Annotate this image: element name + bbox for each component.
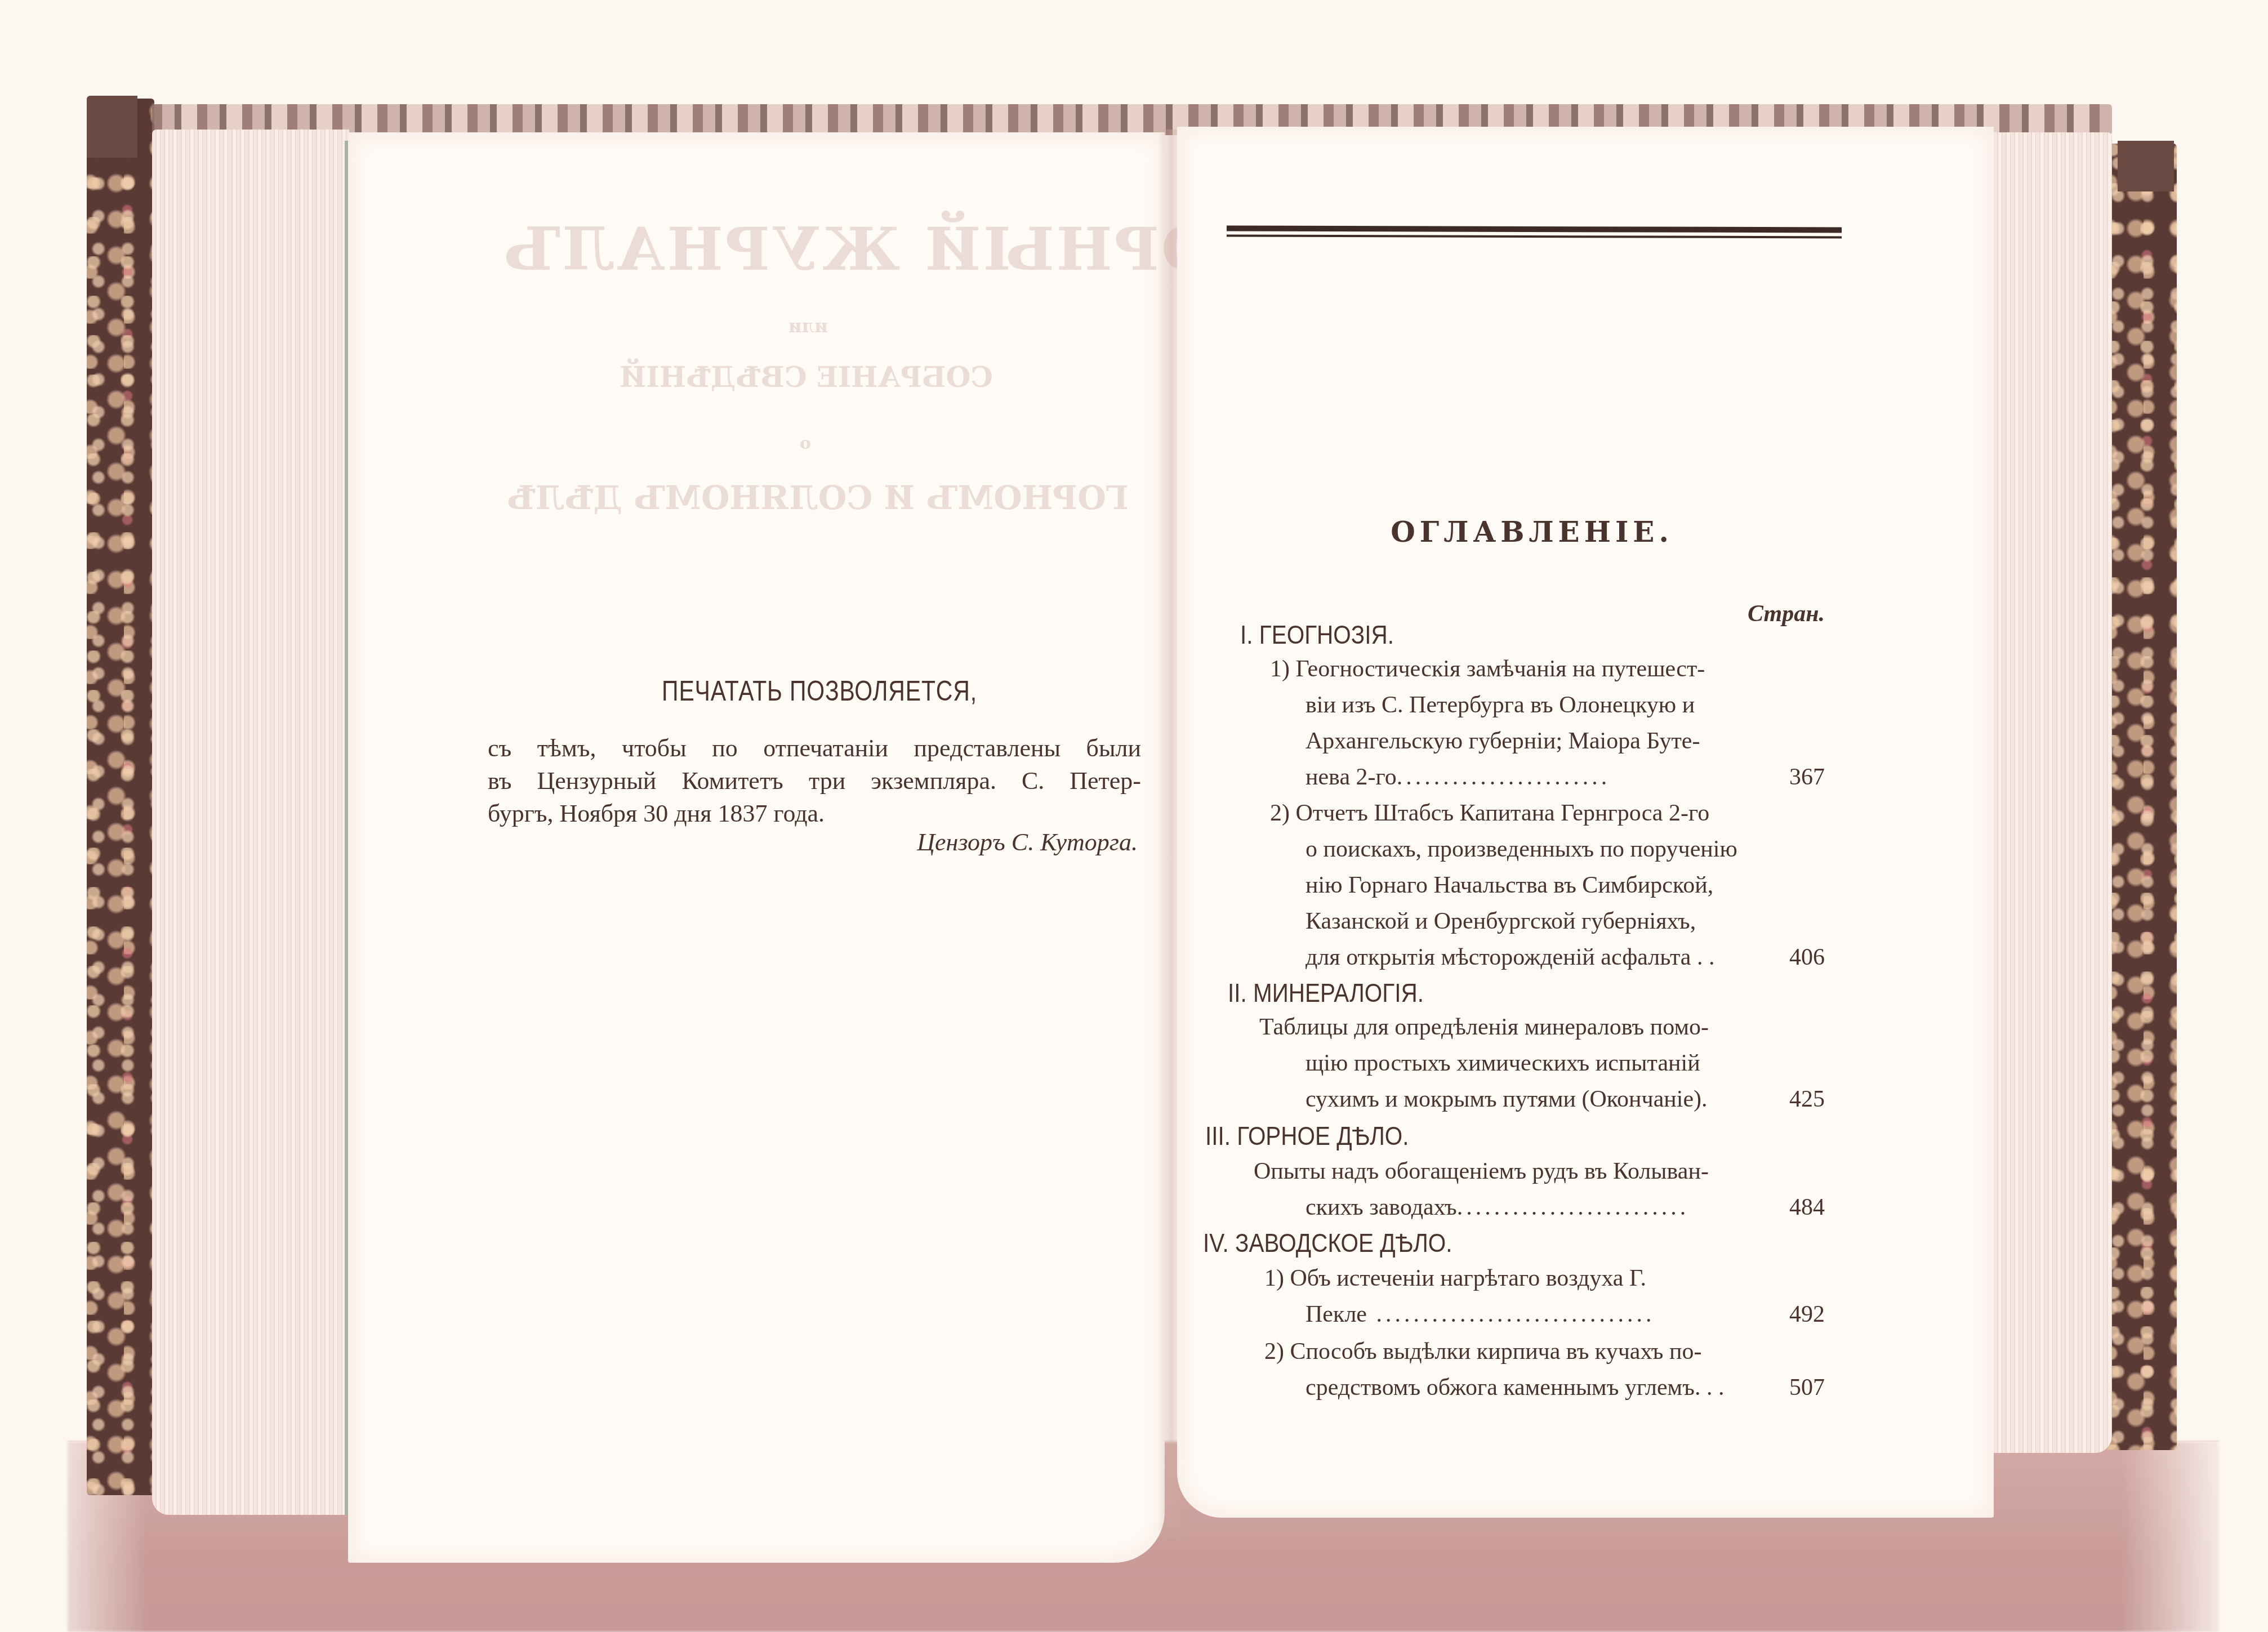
toc-section-heading: II. МИНЕРАЛОГІЯ. <box>1228 978 1424 1008</box>
page-stack-right <box>1994 132 2112 1453</box>
toc-entry-line: 2) Способъ выдѣлки кирпича въ кучахъ по- <box>1264 1338 1702 1365</box>
toc-entry-line: нева 2-го....................... <box>1305 764 1610 791</box>
table-of-contents: I. ГЕОГНОЗІЯ. 1) Геогностическія замѣчан… <box>1205 619 1825 1380</box>
censor-signature: Цензоръ С. Куторга. <box>856 828 1138 857</box>
toc-section-heading: IV. ЗАВОДСКОЕ ДѢЛО. <box>1203 1228 1452 1258</box>
toc-entry-line: нію Горнаго Начальства въ Симбирской, <box>1305 872 1713 899</box>
toc-entry-line: о поискахъ, произведенныхъ по порученію <box>1305 836 1737 863</box>
toc-page-number: 492 <box>1789 1301 1825 1328</box>
toc-leader-dots: ......................... <box>1457 1194 1690 1220</box>
cover-corner-left <box>87 96 137 158</box>
imprimatur-body: съ тѣмъ, чтобы по отпечатаніи представле… <box>488 732 1141 830</box>
toc-section-heading: III. ГОРНОЕ ДѢЛО. <box>1205 1121 1409 1151</box>
show-through-title: ГОРНЫЙ ЖУРНАЛЪ <box>501 214 1256 284</box>
toc-entry-text: нева 2-го <box>1305 764 1397 790</box>
toc-entry-line: щію простыхъ химическихъ испытаній <box>1305 1050 1700 1077</box>
toc-section-heading: I. ГЕОГНОЗІЯ. <box>1240 619 1394 650</box>
imprimatur-line: съ тѣмъ, чтобы по отпечатаніи представле… <box>488 732 1141 765</box>
toc-leader-dots: .............................. <box>1367 1301 1655 1327</box>
toc-page-number: 507 <box>1789 1374 1825 1401</box>
toc-entry-line: сухимъ и мокрымъ путями (Окончаніе). <box>1305 1086 1708 1113</box>
toc-entry-line: Казанской и Оренбургской губерніяхъ, <box>1305 908 1696 935</box>
toc-entry-line: Пекле .............................. <box>1305 1301 1655 1328</box>
toc-entry-line: 1) Объ истеченіи нагрѣтаго воздуха Г. <box>1264 1265 1646 1292</box>
toc-page-number: 484 <box>1789 1194 1825 1221</box>
cover-corner-right <box>2118 141 2174 191</box>
toc-page-number: 425 <box>1789 1086 1825 1113</box>
toc-page-number: 367 <box>1789 764 1825 791</box>
toc-entry-text: Пекле <box>1305 1301 1367 1327</box>
imprimatur-line: бургъ, Ноября 30 дня 1837 года. <box>488 797 1141 830</box>
show-through-line: СОБРАНІЕ СВѢДѢНІЙ <box>620 360 993 394</box>
page-stack-left <box>152 130 349 1515</box>
toc-page-number: 406 <box>1789 944 1825 971</box>
background-fade-right <box>2122 1442 2268 1632</box>
toc-entry-line: Архангельскую губерніи; Маіора Буте- <box>1305 728 1700 755</box>
marbled-cover-right <box>2106 144 2177 1450</box>
imprimatur-heading: ПЕЧАТАТЬ ПОЗВОЛЯЕТСЯ, <box>554 675 1085 707</box>
toc-entry-line: Опыты надъ обогащеніемъ рудъ въ Колыван- <box>1254 1158 1709 1185</box>
show-through-line: о <box>800 434 811 453</box>
toc-title: ОГЛАВЛЕНІЕ. <box>1352 515 1712 549</box>
show-through-line: или <box>788 315 828 337</box>
toc-entry-text: скихъ заводахъ <box>1305 1194 1457 1220</box>
marbled-cover-left <box>87 99 154 1495</box>
toc-leader-dots: ....................... <box>1397 764 1611 790</box>
toc-entry-line: для открытія мѣсторожденій асфальта . . <box>1305 944 1714 971</box>
toc-entry-line: Таблицы для опредѣленія минераловъ помо- <box>1259 1014 1709 1041</box>
toc-entry-line: 2) Отчетъ Штабсъ Капитана Гернгроса 2-го <box>1270 800 1709 827</box>
toc-entry-line: 1) Геогностическія замѣчанія на путешест… <box>1270 656 1705 683</box>
show-through-line: ГОРНОМЪ И СОЛЯНОМЪ ДѢЛѢ <box>507 479 1129 517</box>
toc-entry-line: средствомъ обжога каменнымъ углемъ. . . <box>1305 1374 1724 1401</box>
imprimatur-line: въ Цензурный Комитетъ три экземпляра. С.… <box>488 765 1141 797</box>
toc-entry-line: скихъ заводахъ......................... <box>1305 1194 1689 1221</box>
toc-entry-line: віи изъ С. Петербурга въ Олонецкую и <box>1305 692 1695 719</box>
